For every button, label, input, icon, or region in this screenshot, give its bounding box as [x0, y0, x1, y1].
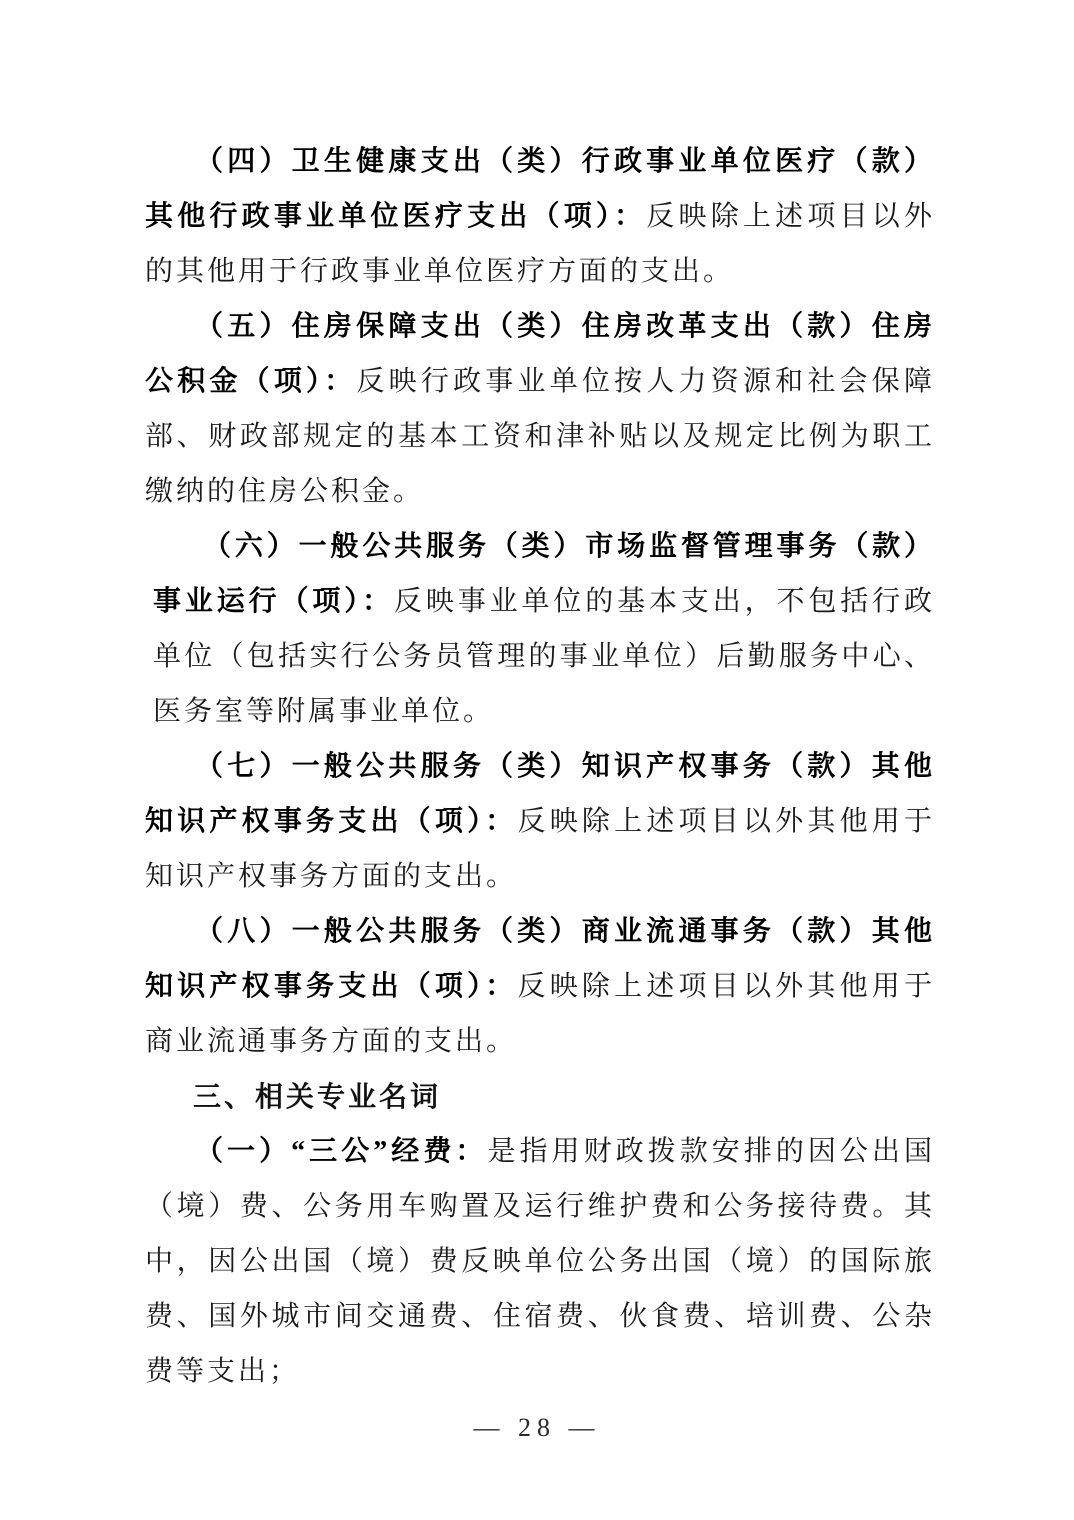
clause-paragraph-four: （四）卫生健康支出（类）行政事业单位医疗（款）其他行政事业单位医疗支出（项）：反… [145, 134, 935, 299]
clause-paragraph-six: （六）一般公共服务（类）市场监督管理事务（款）事业运行（项）：反映事业单位的基本… [153, 519, 935, 739]
clause-paragraph-eight: （八）一般公共服务（类）商业流通事务（款）其他知识产权事务支出（项）：反映除上述… [145, 904, 935, 1069]
document-page: （四）卫生健康支出（类）行政事业单位医疗（款）其他行政事业单位医疗支出（项）：反… [0, 0, 1074, 1520]
term-paragraph-sangong: （一）“三公”经费：是指用财政拨款安排的因公出国（境）费、公务用车购置及运行维护… [145, 1124, 935, 1399]
page-number: — 28 — [0, 1408, 1074, 1448]
clause-paragraph-five: （五）住房保障支出（类）住房改革支出（款）住房公积金（项）：反映行政事业单位按人… [145, 299, 935, 519]
document-body: （四）卫生健康支出（类）行政事业单位医疗（款）其他行政事业单位医疗支出（项）：反… [145, 134, 935, 1399]
term-sangong-body: 是指用财政拨款安排的因公出国（境）费、公务用车购置及运行维护费和公务接待费。其中… [145, 1136, 935, 1387]
term-sangong-lead: （一）“三公”经费： [195, 1136, 487, 1167]
section-heading-terms: 三、相关专业名词 [145, 1069, 935, 1124]
clause-paragraph-seven: （七）一般公共服务（类）知识产权事务（款）其他知识产权事务支出（项）：反映除上述… [145, 739, 935, 904]
